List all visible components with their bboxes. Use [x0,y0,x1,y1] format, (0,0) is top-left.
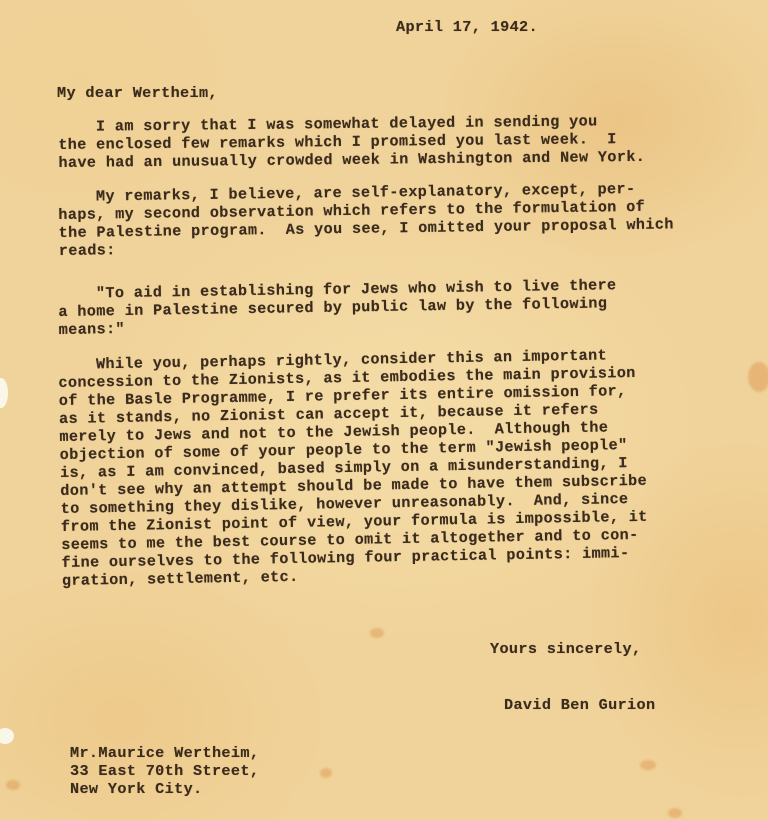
paper-tear [0,728,14,744]
salutation: My dear Wertheim, [57,84,218,102]
text-line: gration, settlement, etc. [62,568,299,590]
paper-tear [0,378,8,408]
recipient-city: New York City. [70,780,203,798]
paper-stain [668,808,682,818]
letter-date: April 17, 1942. [396,18,538,36]
paper-stain [370,628,384,638]
paper-stain [748,362,768,392]
paper-stain [320,768,332,778]
recipient-name: Mr.Maurice Wertheim, [70,744,259,762]
signature: David Ben Gurion [504,696,655,714]
text-line: reads: [59,241,116,260]
recipient-street: 33 East 70th Street, [70,762,259,780]
closing: Yours sincerely, [490,640,641,658]
text-line: means:" [59,320,126,339]
paper-stain [640,760,656,770]
paper-stain [6,780,20,790]
